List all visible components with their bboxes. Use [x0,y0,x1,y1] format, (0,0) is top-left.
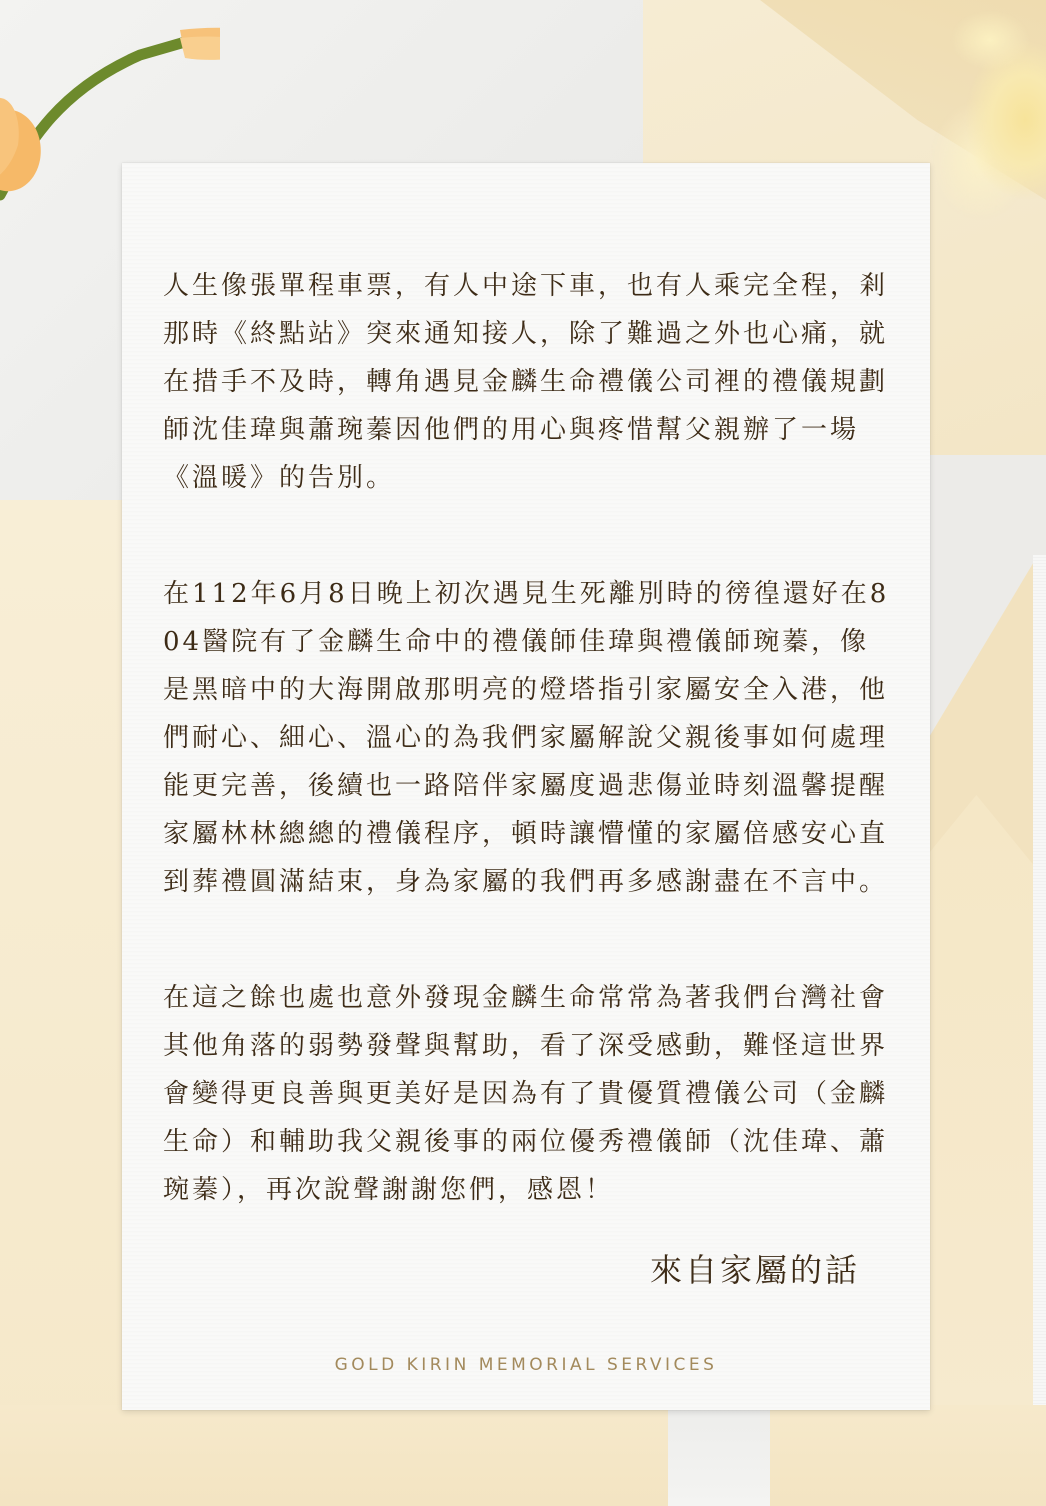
letter-signature: 來自家屬的話 [650,1245,860,1291]
card-edge-right [1033,555,1046,1506]
letter-paragraph-2: 在112年6月8日晚上初次遇見生死離別時的徬徨還好在804醫院有了金麟生命中的禮… [163,570,893,906]
envelope-left [0,500,130,1506]
marble-slot-bottom [668,1408,770,1506]
letter-body: 人生像張單程車票，有人中途下車，也有人乘完全程，剎那時《終點站》突來通知接人，除… [163,262,893,1282]
envelope-bottom [0,1405,1046,1506]
letter-paragraph-1: 人生像張單程車票，有人中途下車，也有人乘完全程，剎那時《終點站》突來通知接人，除… [163,262,893,502]
letter-paragraph-3: 在這之餘也處也意外發現金麟生命常常為著我們台灣社會其他角落的弱勢發聲與幫助，看了… [163,974,893,1214]
flower-bloom-icon [930,0,1046,250]
envelope-right-lower [930,795,1046,1506]
brand-footer: GOLD KIRIN MEMORIAL SERVICES [122,1355,930,1375]
